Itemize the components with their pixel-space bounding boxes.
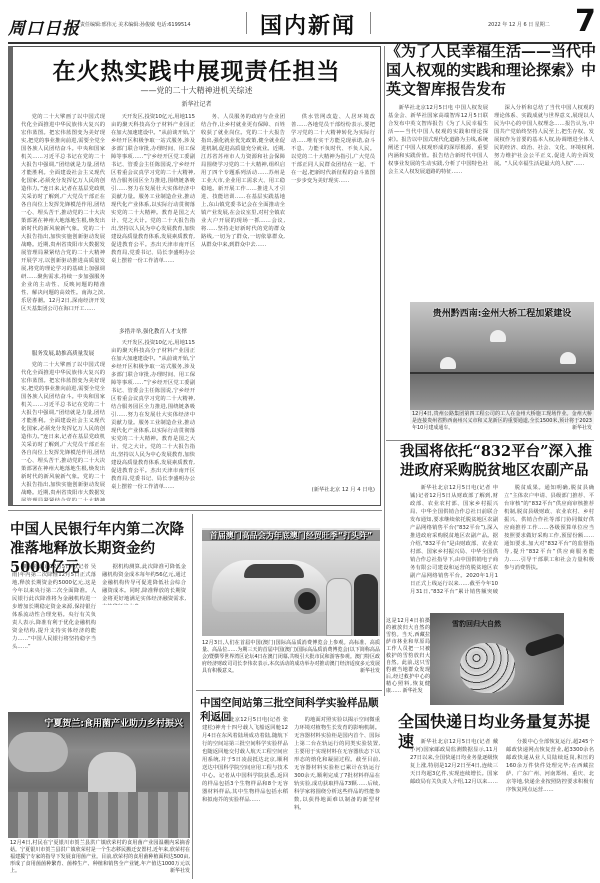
article-body: 供水管网改造、人居环境改善……各地党员干部纷纷表示,要把学习党的二十大精神转化为… [291,113,375,483]
platform-832-headline[interactable]: 我国将依托“832平台”深入推进政府采购脱贫地区农副产品 [400,442,595,480]
divider [386,440,594,441]
article-body: 天开发区,投资10亿元,用地115亩的聚天科技高分子材料产业园正在加大加速建设中… [111,113,195,323]
photo-title: 雪豹回归大自然 [452,619,501,629]
article-body: 分拨中心全部恢复运行,超245个邮政快递网点恢复营业,超3300余名邮政快递从业… [506,738,594,878]
article-body: 务、人员服务的政府与企业团结合作,让乡村就业更有保障、百姓收获了就业岗位。党的二… [201,113,285,498]
ningxia-photo-caption: 12月4日,村民在宁夏银川市贺兰县洪广镇欣荣村的食用菌产业园温棚内采摘香菇。宁夏… [10,840,190,880]
car-windshield [244,564,304,578]
article-body: 党的二十大擘画了以中国式现代化全面推进中华民族伟大复兴的宏伟蓝图。把宏伟蓝图变为… [21,361,105,501]
visitor-figure [354,574,378,636]
express-column-1: 新华社北京12月5日电(记者 戴小河)国家邮政局监测数据显示,11月27日以来,… [410,738,498,878]
macau-photo-caption: 12月3日,人们在首届中国(澳门)国际高品质消费博览会上参观。高标准、高质量、高… [202,640,380,686]
photo-title: 贵州黔西南:金州大桥工程加紧建设 [410,306,594,319]
article-body: 新华社北京12月5日电(记者 申铖)记者12月5日从财政部了解到,财政部、农业农… [410,484,498,596]
caption-text: 12月4日,贵州公路集团第四工程公司的工人在金州大桥施工现场作业。金州大桥是连接… [412,411,592,431]
guizhou-bridge-photo[interactable]: 贵州黔西南:金州大桥工程加紧建设 [410,302,594,424]
article-body: 天开发区,投资10亿元,用地115亩的聚天科技高分子材料产业园正在加大加速建设中… [111,339,195,499]
article-body: 深入分析和总结了当代中国人权观的理论体系、实践成就与世界意义,展现以人民为中心的… [494,104,594,292]
newspaper-logo: 周口日报 [8,14,80,39]
photo-credit: 新华社发 [170,868,190,875]
lead-subheadline: ——党的二十大精神进机关综述 [13,85,380,96]
macau-expo-photo[interactable]: 首届澳门高品会为年底澳门经贸旺季“打头阵” [202,528,380,636]
human-rights-column-2: 深入分析和总结了当代中国人权观的理论体系、实践成就与世界意义,展现以人民为中心的… [494,104,594,292]
masthead: 周口日报 责任编辑:邢伟元 美术编辑:孙俊敏 电话:6199514 国内新闻 2… [8,0,592,44]
masthead-divider [370,12,371,34]
visitor-figure [326,578,352,636]
human-rights-report-headline[interactable]: 《为了人民幸福生活——当代中国人权观的实践和理论探索》中英文智库报告发布 [386,42,596,99]
photo-title: 首届澳门高品会为年底澳门经贸旺季“打头阵” [202,530,380,541]
ningxia-mushroom-photo[interactable]: 宁夏贺兰:食用菌产业助力乡村振兴 [8,712,190,838]
platform-832-column-2: 脱贫成果。通知明确,脱贫县确立“主体农户申请、县级部门推荐、平台审核”的“832… [504,484,594,596]
photo-credit: 新华社发 [403,688,423,694]
divider [8,510,382,511]
article-body: 新华社北京12月5日电 中国人权发展基金会、新华社国家高端智库12月5日联合发布… [388,104,488,292]
editor-credits: 责任编辑:邢伟元 美术编辑:孙俊敏 电话:6199514 [80,21,191,28]
lead-story: 在火热实践中展现责任担当 ——党的二十大精神进机关综述 新华社记者 党的二十大擘… [8,46,381,506]
space-column-2: 的地面对照实验以揭示空间微重力环境对植物生长发育的影响机制。无容器材料实验柜是国… [294,716,380,878]
lead-column-1: 党的二十大擘画了以中国式现代化全面推进中华民族伟大复兴的宏伟蓝图。把宏伟蓝图变为… [21,113,105,498]
lead-headline[interactable]: 在火热实践中展现责任担当 [13,53,380,86]
platform-832-column-1: 新华社北京12月5日电(记者 申铖)记者12月5日从财政部了解到,财政部、农业农… [410,484,498,596]
mushroom-rows [8,792,190,838]
car-wheel [294,588,320,614]
photo-title: 宁夏贺兰:食用菌产业助力乡村振兴 [18,716,183,729]
issue-date: 2022 年 12 月 6 日 星期二 [488,21,550,28]
column-divider [384,46,385,696]
scaffold-beam [410,372,594,374]
article-body: 脱贫成果。通知明确,脱贫县确立“主体农户申请、县级部门推荐、平台审核”的“832… [504,484,594,584]
snow-leopard-photo[interactable]: 雪豹回归大自然 [430,613,564,705]
worker-helmet [560,352,576,364]
page-number: 7 [575,4,596,39]
pboc-column-2: 据机构测算,此次降准可降低金融机构资金成本每年约56亿元,通过金融机构传导可促进… [102,563,186,691]
lead-column-4: 供水管网改造、人居环境改善……各地党员干部纷纷表示,要把学习党的二十大精神转化为… [291,113,375,498]
human-rights-column-1: 新华社北京12月5日电 中国人权发展基金会、新华社国家高端智库12月5日联合发布… [388,104,488,292]
photo-credit: 新华社发 [572,425,592,432]
lead-byline: 新华社记者 [13,99,380,108]
express-column-2: 分拨中心全部恢复运行,超245个邮政快递网点恢复营业,超3300余名邮政快递从业… [506,738,594,878]
article-body: 党的二十大擘画了以中国式现代化全面推进中华民族伟大复兴的宏伟蓝图。把宏伟蓝图变为… [21,113,105,345]
caption-text: 这是12月4日拍摄的被放归大自然的雪豹。当天,西藏拉萨市林业和草原局工作人员把一… [386,618,430,694]
article-body: 的地面对照实验以揭示空间微重力环境对植物生长发育的影响机制。无容器材料实验柜是国… [294,716,380,866]
column-divider [192,514,193,879]
section-title: 国内新闻 [260,9,356,40]
snow-leopard-figure [460,643,515,693]
section-subhead: 多措并举,强化教育人才支撑 [111,327,195,335]
worker-helmet [440,357,456,369]
mushroom-log [8,732,68,772]
divider [196,690,382,691]
pboc-column-1: 新华社北京12月5日电(记者 吴雨)年内第二次降准12月5日正式落地,释放长期资… [12,563,96,691]
worker-helmet [490,330,506,342]
guizhou-photo-caption: 12月4日,贵州公路集团第四工程公司的工人在金州大桥施工现场作业。金州大桥是连接… [410,410,594,436]
caption-text: 12月4日,村民在宁夏银川市贺兰县洪广镇欣荣村的食用菌产业园温棚内采摘香菇。宁夏… [10,840,190,874]
article-body: 新华社北京12月5日电(记者 吴雨)年内第二次降准12月5日正式落地,释放长期资… [12,563,96,691]
lead-column-3: 务、人员服务的政府与企业团结合作,让乡村就业更有保障、百姓收获了就业岗位。党的二… [201,113,285,498]
masthead-divider [246,12,247,34]
caption-text: 12月3日,人们在首届中国(澳门)国际高品质消费博览会上参观。高标准、高质量、高… [202,640,380,674]
lead-column-2: 天开发区,投资10亿元,用地115亩的聚天科技高分子材料产业园正在加大加速建设中… [111,113,195,498]
snow-leopard-caption: 这是12月4日拍摄的被放归大自然的雪豹。当天,西藏拉萨市林业和草原局工作人员把一… [386,618,430,708]
article-dateline: (新华社北京 12 月 4 日电) [291,485,375,493]
article-body: 新华社北京12月5日电(记者 张建松)神舟十四号载人飞船返回舱12月4日在东风着… [202,716,288,878]
article-body: 新华社北京12月5日电(记者 戴小河)国家邮政局监测数据显示,11月27日以来,… [410,738,498,878]
space-column-1: 新华社北京12月5日电(记者 张建松)神舟十四号载人飞船返回舱12月4日在东风着… [202,716,288,878]
leopard-tail [524,632,564,658]
photo-credit: 新华社发 [360,668,380,675]
article-body: 据机构测算,此次降准可降低金融机构资金成本每年约56亿元,通过金融机构传导可促进… [102,563,186,605]
section-subhead: 服务发展,助推高质量发展 [21,349,105,357]
